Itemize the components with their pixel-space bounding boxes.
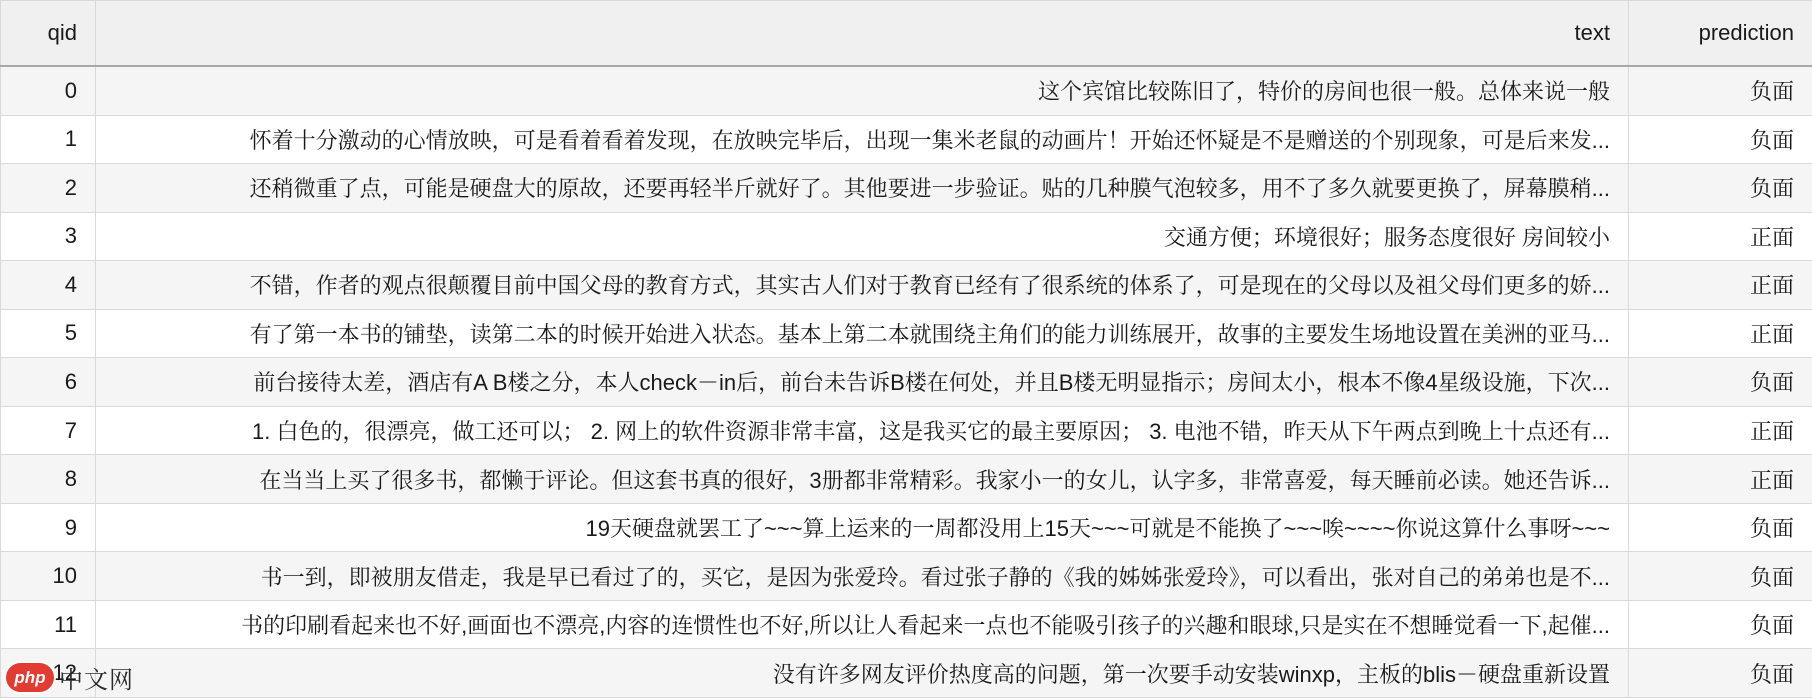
php-logo-icon: php (6, 663, 54, 692)
table-row: 10 书一到，即被朋友借走，我是早已看过了的，买它，是因为张爱玲。看过张子静的《… (1, 552, 1812, 601)
table-row: 2 还稍微重了点，可能是硬盘大的原故，还要再轻半斤就好了。其他要进一步验证。贴的… (1, 164, 1812, 213)
qid-cell: 1 (1, 115, 96, 164)
text-cell: 1. 白色的，很漂亮，做工还可以； 2. 网上的软件资源非常丰富，这是我买它的最… (96, 406, 1629, 455)
text-cell: 19天硬盘就罢工了~~~算上运来的一周都没用上15天~~~可就是不能换了~~~唉… (96, 503, 1629, 552)
qid-cell: 7 (1, 406, 96, 455)
table-row: 4 不错，作者的观点很颠覆目前中国父母的教育方式，其实古人们对于教育已经有了很系… (1, 261, 1812, 310)
php-watermark-text: 中文网 (59, 660, 134, 695)
table-row: 3 交通方便；环境很好；服务态度很好 房间较小 正面 (1, 212, 1812, 261)
dataframe-table: qid text prediction 0 这个宾馆比较陈旧了，特价的房间也很一… (0, 0, 1812, 698)
table-row: 8 在当当上买了很多书，都懒于评论。但这套书真的很好，3册都非常精彩。我家小一的… (1, 455, 1812, 504)
text-cell: 前台接待太差，酒店有A B楼之分，本人check－in后，前台未告诉B楼在何处，… (96, 358, 1629, 407)
qid-cell: 10 (1, 552, 96, 601)
table-row: 7 1. 白色的，很漂亮，做工还可以； 2. 网上的软件资源非常丰富，这是我买它… (1, 406, 1812, 455)
prediction-cell: 正面 (1629, 309, 1812, 358)
prediction-cell: 负面 (1629, 552, 1812, 601)
prediction-cell: 负面 (1629, 358, 1812, 407)
prediction-cell: 负面 (1629, 66, 1812, 115)
header-row: qid text prediction (1, 1, 1812, 67)
prediction-cell: 负面 (1629, 115, 1812, 164)
prediction-cell: 负面 (1629, 649, 1812, 698)
column-header-qid: qid (1, 1, 96, 67)
qid-cell: 11 (1, 600, 96, 649)
qid-cell: 0 (1, 66, 96, 115)
table-row: 11 书的印刷看起来也不好,画面也不漂亮,内容的连惯性也不好,所以让人看起来一点… (1, 600, 1812, 649)
text-cell: 书一到，即被朋友借走，我是早已看过了的，买它，是因为张爱玲。看过张子静的《我的姊… (96, 552, 1629, 601)
column-header-prediction: prediction (1629, 1, 1812, 67)
table-row: 1 怀着十分激动的心情放映，可是看着看着发现，在放映完毕后，出现一集米老鼠的动画… (1, 115, 1812, 164)
qid-cell: 5 (1, 309, 96, 358)
prediction-cell: 负面 (1629, 600, 1812, 649)
table-row: 0 这个宾馆比较陈旧了，特价的房间也很一般。总体来说一般 负面 (1, 66, 1812, 115)
prediction-cell: 正面 (1629, 406, 1812, 455)
text-cell: 交通方便；环境很好；服务态度很好 房间较小 (96, 212, 1629, 261)
text-cell: 没有许多网友评价热度高的问题，第一次要手动安装winxp，主板的blis－硬盘重… (96, 649, 1629, 698)
text-cell: 有了第一本书的铺垫，读第二本的时候开始进入状态。基本上第二本就围绕主角们的能力训… (96, 309, 1629, 358)
qid-cell: 2 (1, 164, 96, 213)
text-cell: 书的印刷看起来也不好,画面也不漂亮,内容的连惯性也不好,所以让人看起来一点也不能… (96, 600, 1629, 649)
qid-cell: 6 (1, 358, 96, 407)
column-header-text: text (96, 1, 1629, 67)
text-cell: 不错，作者的观点很颠覆目前中国父母的教育方式，其实古人们对于教育已经有了很系统的… (96, 261, 1629, 310)
table-row: 6 前台接待太差，酒店有A B楼之分，本人check－in后，前台未告诉B楼在何… (1, 358, 1812, 407)
text-cell: 在当当上买了很多书，都懒于评论。但这套书真的很好，3册都非常精彩。我家小一的女儿… (96, 455, 1629, 504)
prediction-cell: 正面 (1629, 455, 1812, 504)
table-row: 12 没有许多网友评价热度高的问题，第一次要手动安装winxp，主板的blis－… (1, 649, 1812, 698)
qid-cell: 3 (1, 212, 96, 261)
text-cell: 怀着十分激动的心情放映，可是看着看着发现，在放映完毕后，出现一集米老鼠的动画片！… (96, 115, 1629, 164)
qid-cell: 4 (1, 261, 96, 310)
text-cell: 这个宾馆比较陈旧了，特价的房间也很一般。总体来说一般 (96, 66, 1629, 115)
text-cell: 还稍微重了点，可能是硬盘大的原故，还要再轻半斤就好了。其他要进一步验证。贴的几种… (96, 164, 1629, 213)
prediction-cell: 负面 (1629, 164, 1812, 213)
table-row: 5 有了第一本书的铺垫，读第二本的时候开始进入状态。基本上第二本就围绕主角们的能… (1, 309, 1812, 358)
prediction-cell: 正面 (1629, 212, 1812, 261)
qid-cell: 8 (1, 455, 96, 504)
prediction-cell: 正面 (1629, 261, 1812, 310)
php-watermark: php 中文网 (6, 660, 134, 695)
qid-cell: 9 (1, 503, 96, 552)
table-row: 9 19天硬盘就罢工了~~~算上运来的一周都没用上15天~~~可就是不能换了~~… (1, 503, 1812, 552)
prediction-cell: 负面 (1629, 503, 1812, 552)
